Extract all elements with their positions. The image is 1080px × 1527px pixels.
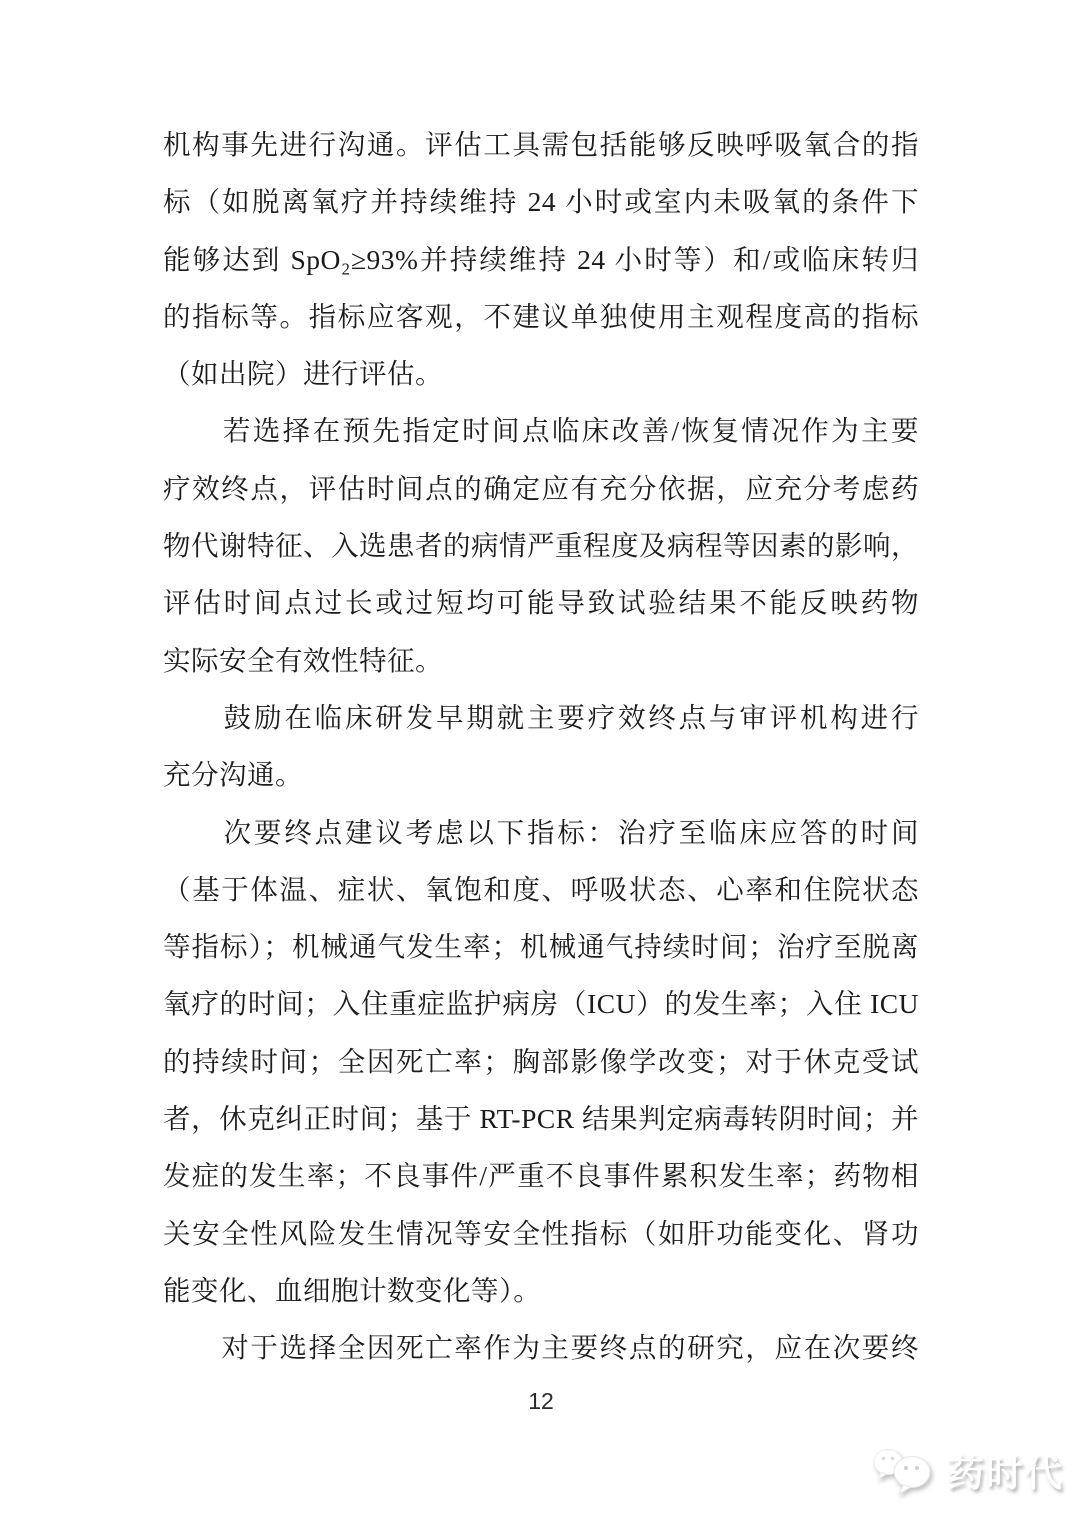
brand-watermark: 药时代 [871, 1440, 1064, 1500]
text-line: 物代谢特征、入选患者的病情严重程度及病程等因素的影响， [163, 517, 919, 574]
text-line: 实际安全有效性特征。 [163, 632, 919, 689]
text-line: 机构事先进行沟通。评估工具需包括能够反映呼吸氧合的指 [163, 116, 919, 173]
text-line: 疗效终点，评估时间点的确定应有充分依据，应充分考虑药 [163, 460, 919, 517]
text-line: 能够达到 SpO₂≥93%并持续维持 24 小时等）和/或临床转归 [163, 231, 919, 288]
page-number: 12 [163, 1388, 919, 1415]
text-line: 氧疗的时间；入住重症监护病房（ICU）的发生率；入住 ICU [163, 975, 919, 1032]
text-line: 若选择在预先指定时间点临床改善/恢复情况作为主要 [163, 402, 919, 459]
text-line: 等指标）；机械通气发生率；机械通气持续时间；治疗至脱离 [163, 918, 919, 975]
brand-name: 药时代 [947, 1443, 1064, 1497]
text-line: 鼓励在临床研发早期就主要疗效终点与审评机构进行 [163, 689, 919, 746]
text-line: （基于体温、症状、氧饱和度、呼吸状态、心率和住院状态 [163, 861, 919, 918]
text-line: 充分沟通。 [163, 746, 919, 803]
text-line: 次要终点建议考虑以下指标：治疗至临床应答的时间 [163, 804, 919, 861]
text-line: 的指标等。指标应客观，不建议单独使用主观程度高的指标 [163, 288, 919, 345]
wechat-icon [871, 1440, 937, 1500]
text-line: （如出院）进行评估。 [163, 345, 919, 402]
text-line: 评估时间点过长或过短均可能导致试验结果不能反映药物 [163, 574, 919, 631]
document-page: 机构事先进行沟通。评估工具需包括能够反映呼吸氧合的指 标（如脱离氧疗并持续维持 … [0, 0, 1080, 1527]
document-body: 机构事先进行沟通。评估工具需包括能够反映呼吸氧合的指 标（如脱离氧疗并持续维持 … [163, 116, 919, 1377]
text-line: 关安全性风险发生情况等安全性指标（如肝功能变化、肾功 [163, 1205, 919, 1262]
text-line: 的持续时间；全因死亡率；胸部影像学改变；对于休克受试 [163, 1033, 919, 1090]
text-line: 对于选择全因死亡率作为主要终点的研究，应在次要终 [163, 1319, 919, 1376]
text-line: 者，休克纠正时间；基于 RT-PCR 结果判定病毒转阴时间；并 [163, 1090, 919, 1147]
text-line: 能变化、血细胞计数变化等）。 [163, 1262, 919, 1319]
text-line: 标（如脱离氧疗并持续维持 24 小时或室内未吸氧的条件下 [163, 173, 919, 230]
text-line: 发症的发生率；不良事件/严重不良事件累积发生率；药物相 [163, 1147, 919, 1204]
